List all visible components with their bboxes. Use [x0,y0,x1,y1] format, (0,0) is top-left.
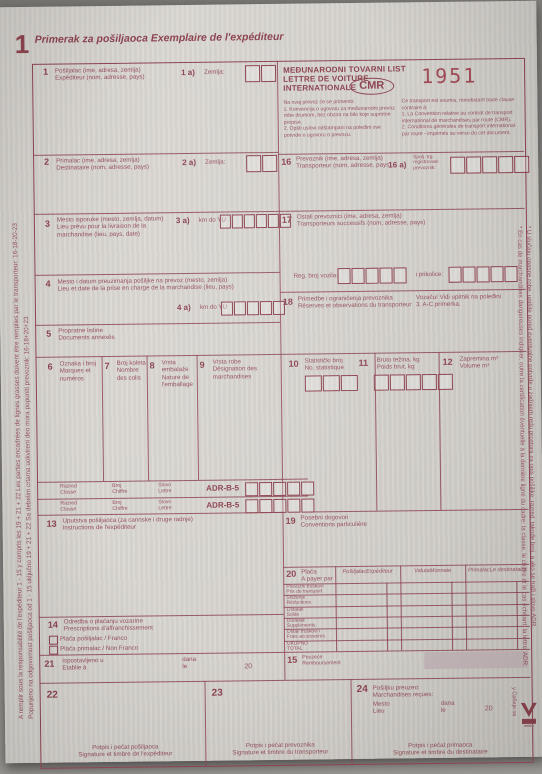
carrier-signature-label: Potpis i pečat prevoznikaSignature et ti… [215,741,345,757]
code-box [462,266,475,282]
column-10-label: Statistički brojNo. statistique [305,357,357,372]
code-box [448,267,461,283]
km-boxes [220,214,291,229]
field-14-number: 14 [48,621,58,630]
code-box [273,481,286,495]
field-24-number: 24 [357,685,368,695]
adr-code: ADR-B-5 [206,500,239,509]
field-20-label: PlaćaA payer par [301,568,339,583]
km-boxes [221,301,285,316]
code-box [365,268,378,284]
copy-title-sr: Primerak za pošiljaoca [35,32,148,45]
adr-boxes [245,481,314,496]
code-box [490,266,503,282]
code-box [246,155,261,172]
column-8-label: Vrsta embalažeNature de l'emballage [162,359,196,389]
field-16a-number: 16 a) [388,160,406,169]
field-15-number: 15 [287,656,297,665]
code-box [406,374,421,390]
charge-row-label-total: UKUPNOTOTAL [287,641,335,652]
column-11-label: Bruto težina, kgPoids brut, kg [377,356,429,371]
field-19-label: Posebni dogovoriConventions particulière [300,513,420,529]
code-box [221,301,233,315]
trailer-label: i prikolice: [416,271,444,279]
field-24-year: 20 [485,705,493,712]
column-9-number: 9 [200,361,205,370]
field-13-label: Uputstva pošiljaoca (za carinske i druge… [62,515,262,532]
code-box [450,157,465,174]
carrier-reg-boxes [450,156,529,174]
field-13-number: 13 [47,520,57,529]
cmr-form-sheet: 1 Primerak za pošiljaoca Exemplaire de l… [0,1,542,764]
field-4-number: 4 [46,280,51,289]
field-24-place-label: MestoLieu [373,701,390,716]
code-box [351,268,364,284]
code-box [244,214,255,228]
code-box [498,156,513,173]
field-4a-number: 4 a) [177,303,191,312]
field-24-date-label: danale [441,700,455,715]
field-23-number: 23 [212,689,223,699]
field-5-number: 5 [46,330,51,339]
column-12-label: Zapremina m³Volume m³ [460,355,512,370]
shipper-signature-label: Potpis i pečat pošiljaocaSignature et ti… [60,743,190,759]
field-22-number: 22 [47,691,58,701]
code-box [232,214,243,228]
payer-col-expediteur: PošiljalacExpéditeur [335,568,400,575]
field-14-label: Odredba o plaćanju vozarinePrescriptions… [64,616,234,633]
adr-code: ADR-B-5 [206,483,239,492]
field-16-number: 16 [281,158,291,167]
field-16a-label: Spolj. trg. registrovani prevoznik: [413,155,449,171]
column-9-label: Vrsta robeDésignation des marchandises [213,358,275,381]
country-code-boxes [245,65,276,82]
column-6-number: 6 [48,363,53,372]
code-box [305,375,322,391]
right-margin-note: * U slučaju opasne robe, upišite pored e… [514,226,538,667]
code-box [301,498,314,512]
code-box [323,375,340,391]
field-15-label: PouzećeRemboursement [302,654,341,667]
copy-title-fr: Exemplaire de l'expéditeur [151,31,284,45]
driver-note: Vozaču! Vidi upitnik na poleđini 3. A-C … [416,293,524,309]
field-21-label: Ispostavljeno uEtablie à [62,657,103,672]
weight-boxes [374,374,453,391]
code-box [438,374,453,390]
column-11-number: 11 [359,359,369,368]
code-box [260,301,272,315]
field-21-year: 20 [244,663,252,670]
printer-logo-icon [519,701,539,729]
charge-row-label: SniženjeRéductions [286,595,334,606]
adr-slovo-label: SlovoLettre [158,482,171,494]
left-margin-note: A remplir sous la responsabilité de l'ex… [11,223,36,719]
field-1a-number: 1 a) [181,68,195,77]
field-2-label: Primalac (ime, adresa, zemlja)Destinatai… [56,156,186,172]
legal-notice-sr: Na ovaj prevoz će se primeniti: 1. Konve… [283,98,395,138]
code-box [393,267,406,283]
column-8-number: 8 [150,361,155,370]
field-1-number: 1 [43,68,48,77]
adr-broj-label: BrojChiffre [112,500,127,512]
field-18-number: 18 [283,298,293,307]
field-5-label: Propratne listineDocuments annexés [58,326,198,342]
adr-razred-label: RazredClasse [60,500,77,512]
field-4-label: Mesto i datum preuzimanja pošiljke na pr… [58,276,276,293]
trailer-boxes [448,266,517,283]
field-20-number: 20 [286,570,296,579]
code-box [337,268,350,284]
code-box [482,156,497,173]
non-franco-label: Plaća primalac / Non Franco [60,645,138,653]
code-box [245,482,258,496]
code-box [268,214,279,228]
charge-row-label: DodatakSuppléments [287,618,335,629]
column-7-number: 7 [105,362,110,371]
adr-boxes [245,498,314,513]
code-box [514,156,529,173]
field-24-label: Pošiljku preuzeo:Marchandises reçues: [373,684,434,699]
code-box [374,375,389,391]
charge-row-label: Prevozni troškoviPrix de transport [286,584,334,595]
copy-number: 1 [15,31,30,57]
code-box [245,499,258,513]
field-3-label: Mesto isporuke (mesto, zemlja, datum)Lie… [57,215,175,238]
field-3a-number: 3 a) [176,216,190,225]
payer-col-monnaie: ValutaMonnaie [400,568,465,575]
code-box [341,375,358,391]
serial-number: 1951 [421,63,477,88]
code-box [476,266,489,282]
column-6-label: Oznaka i brojMarques et numéros [60,360,100,382]
country-code-boxes [246,155,277,172]
field-2a-number: 2 a) [182,158,196,167]
code-box [273,498,286,512]
franco-checkbox [49,636,58,645]
code-box [234,301,246,315]
code-box [220,214,231,228]
column-10-number: 10 [289,360,299,369]
adr-broj-label: BrojChiffre [112,483,127,495]
statistic-boxes [305,375,358,392]
legal-notice-fr: Ce transport est soumis, nonobstant tout… [401,97,519,137]
field-1-label: Pošiljalac (ime, adresa, zemlja)Expédite… [55,66,180,82]
adr-slovo-label: SlovoLettre [158,499,171,511]
field-17-label: Ostali prevoznici (ime, adresa, zemlja)T… [297,211,487,228]
code-box [261,65,276,82]
charge-row-label: Ostali troškovi iFrais accessoires [287,629,335,640]
code-box [390,374,405,390]
column-12-number: 12 [443,358,453,367]
code-box [301,481,314,495]
code-box [247,301,259,315]
code-box [259,498,272,512]
consignee-signature-label: Potpis i pečat primaocaSignature et timb… [365,741,515,758]
code-box [256,214,267,228]
code-box [379,268,392,284]
code-box [422,374,437,390]
vehicle-reg-boxes [337,267,406,284]
field-2-number: 2 [44,158,49,167]
non-franco-checkbox [49,646,58,655]
code-box [259,481,272,495]
code-box [287,498,300,512]
code-box [466,156,481,173]
field-3-number: 3 [45,220,50,229]
field-19-number: 19 [286,517,296,526]
adr-razred-label: RazredClasse [60,483,77,495]
field-2a-label: Zemlja: [205,159,225,167]
printer-note: у Србији за [509,687,518,716]
vehicle-reg-label: Reg. broj vozila: [294,272,338,280]
remboursement-shaded-cell [424,651,528,669]
franco-label: Plaća pošiljalac / Franco [60,635,127,643]
field-18-label: Primedbe i ograničenja prevoznikaRéserve… [298,294,418,310]
field-17-number: 17 [282,216,292,225]
field-1a-label: Zemlja: [204,69,224,77]
code-box [262,155,277,172]
copy-title: Primerak za pošiljaoca Exemplaire de l'e… [35,31,284,46]
code-box [287,481,300,495]
photo-backdrop: 1 Primerak za pošiljaoca Exemplaire de l… [0,0,542,774]
code-box [245,65,260,82]
field-21-date-label: danale [182,656,196,671]
field-21-number: 21 [44,660,54,669]
charge-row-label: OstatakSolde [287,607,335,618]
column-7-label: Broj koletaNombre des colis [117,360,147,382]
